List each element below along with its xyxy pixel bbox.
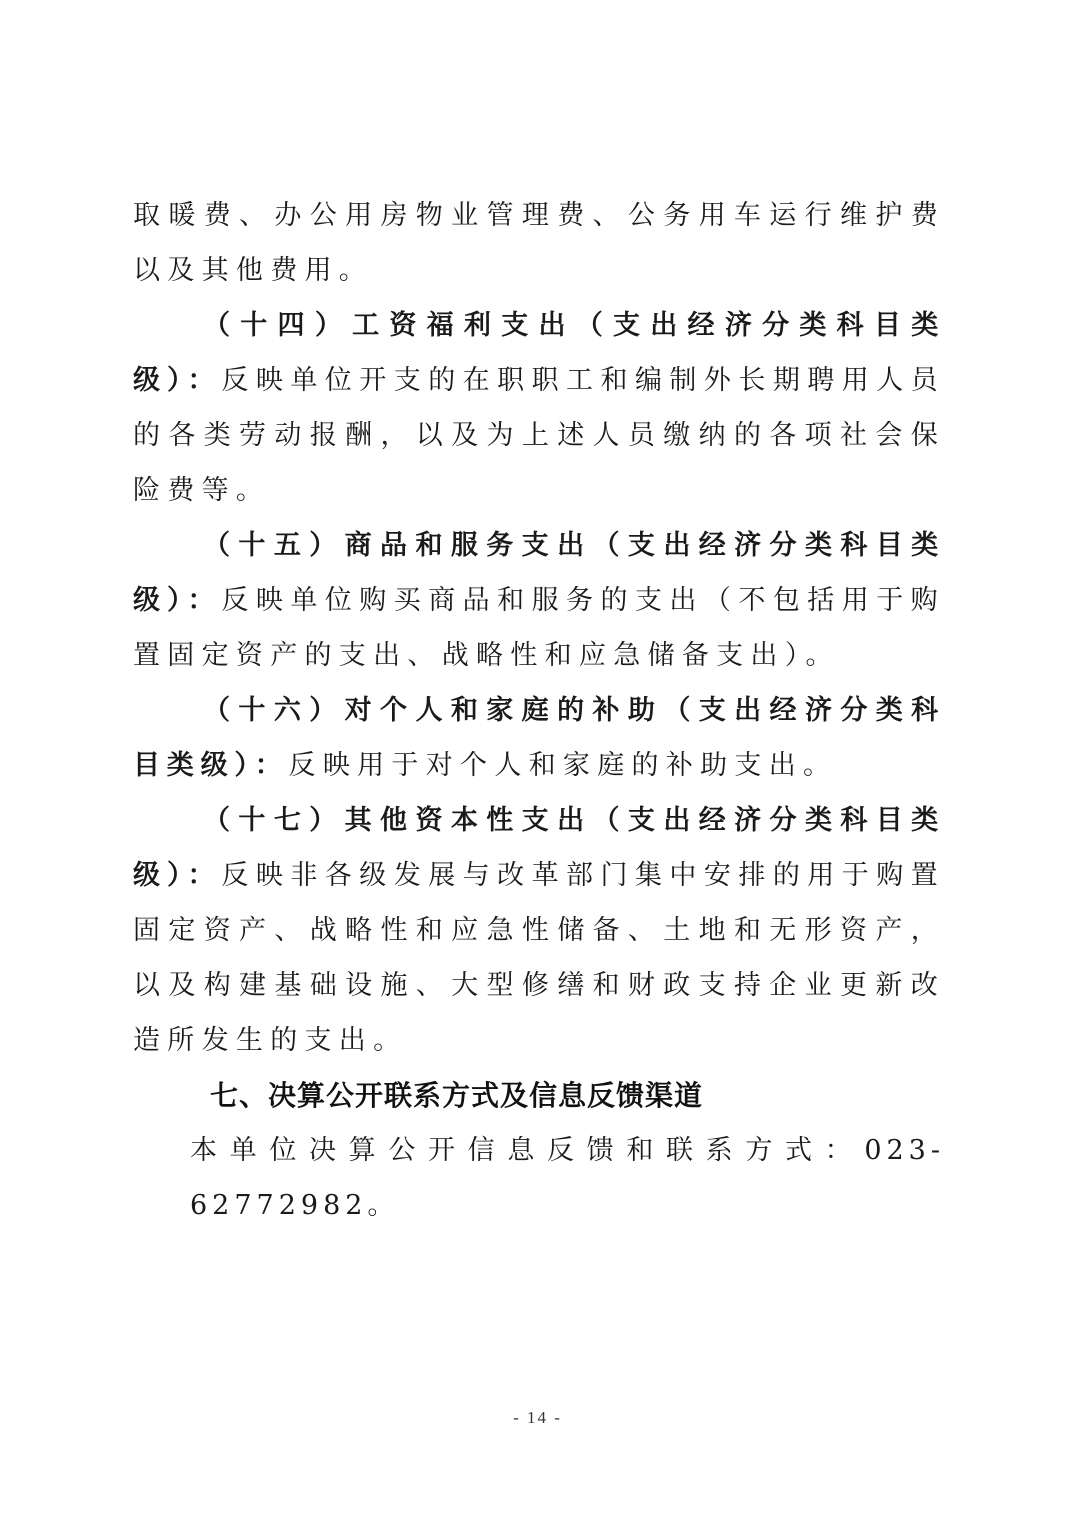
item-body: 反映用于对个人和家庭的补助支出。 [289, 750, 838, 781]
continuation-paragraph: 取暖费、办公用房物业管理费、公务用车运行维护费以及其他费用。 [133, 188, 945, 298]
paragraph-text: 取暖费、办公用房物业管理费、公务用车运行维护费以及其他费用。 [133, 200, 945, 286]
document-page: 取暖费、办公用房物业管理费、公务用车运行维护费以及其他费用。 （十四）工资福利支… [0, 0, 1075, 1520]
contact-paragraph: 本单位决算公开信息反馈和联系方式：023-62772982。 [133, 1123, 945, 1233]
page-content: 取暖费、办公用房物业管理费、公务用车运行维护费以及其他费用。 （十四）工资福利支… [133, 188, 945, 1233]
item-household-subsidy: （十六）对个人和家庭的补助（支出经济分类科目类级）：反映用于对个人和家庭的补助支… [133, 683, 945, 793]
contact-text: 本单位决算公开信息反馈和联系方式：023-62772982。 [190, 1135, 945, 1221]
item-colon: ： [187, 860, 221, 891]
item-wage-welfare: （十四）工资福利支出（支出经济分类科目类级）：反映单位开支的在职职工和编制外长期… [133, 298, 945, 518]
item-body: 反映非各级发展与改革部门集中安排的用于购置固定资产、战略性和应急性储备、土地和无… [133, 860, 945, 1056]
item-goods-services: （十五）商品和服务支出（支出经济分类科目类级）：反映单位购买商品和服务的支出（不… [133, 518, 945, 683]
item-colon: ： [255, 750, 289, 781]
page-number: - 14 - [0, 1408, 1075, 1428]
item-body: 反映单位购买商品和服务的支出（不包括用于购置固定资产的支出、战略性和应急储备支出… [133, 585, 945, 671]
item-colon: ： [187, 585, 221, 616]
section-title: 七、决算公开联系方式及信息反馈渠道 [133, 1068, 945, 1123]
item-body: 反映单位开支的在职职工和编制外长期聘用人员的各类劳动报酬，以及为上述人员缴纳的各… [133, 365, 945, 506]
item-colon: ： [187, 365, 221, 396]
item-other-capital: （十七）其他资本性支出（支出经济分类科目类级）：反映非各级发展与改革部门集中安排… [133, 793, 945, 1068]
